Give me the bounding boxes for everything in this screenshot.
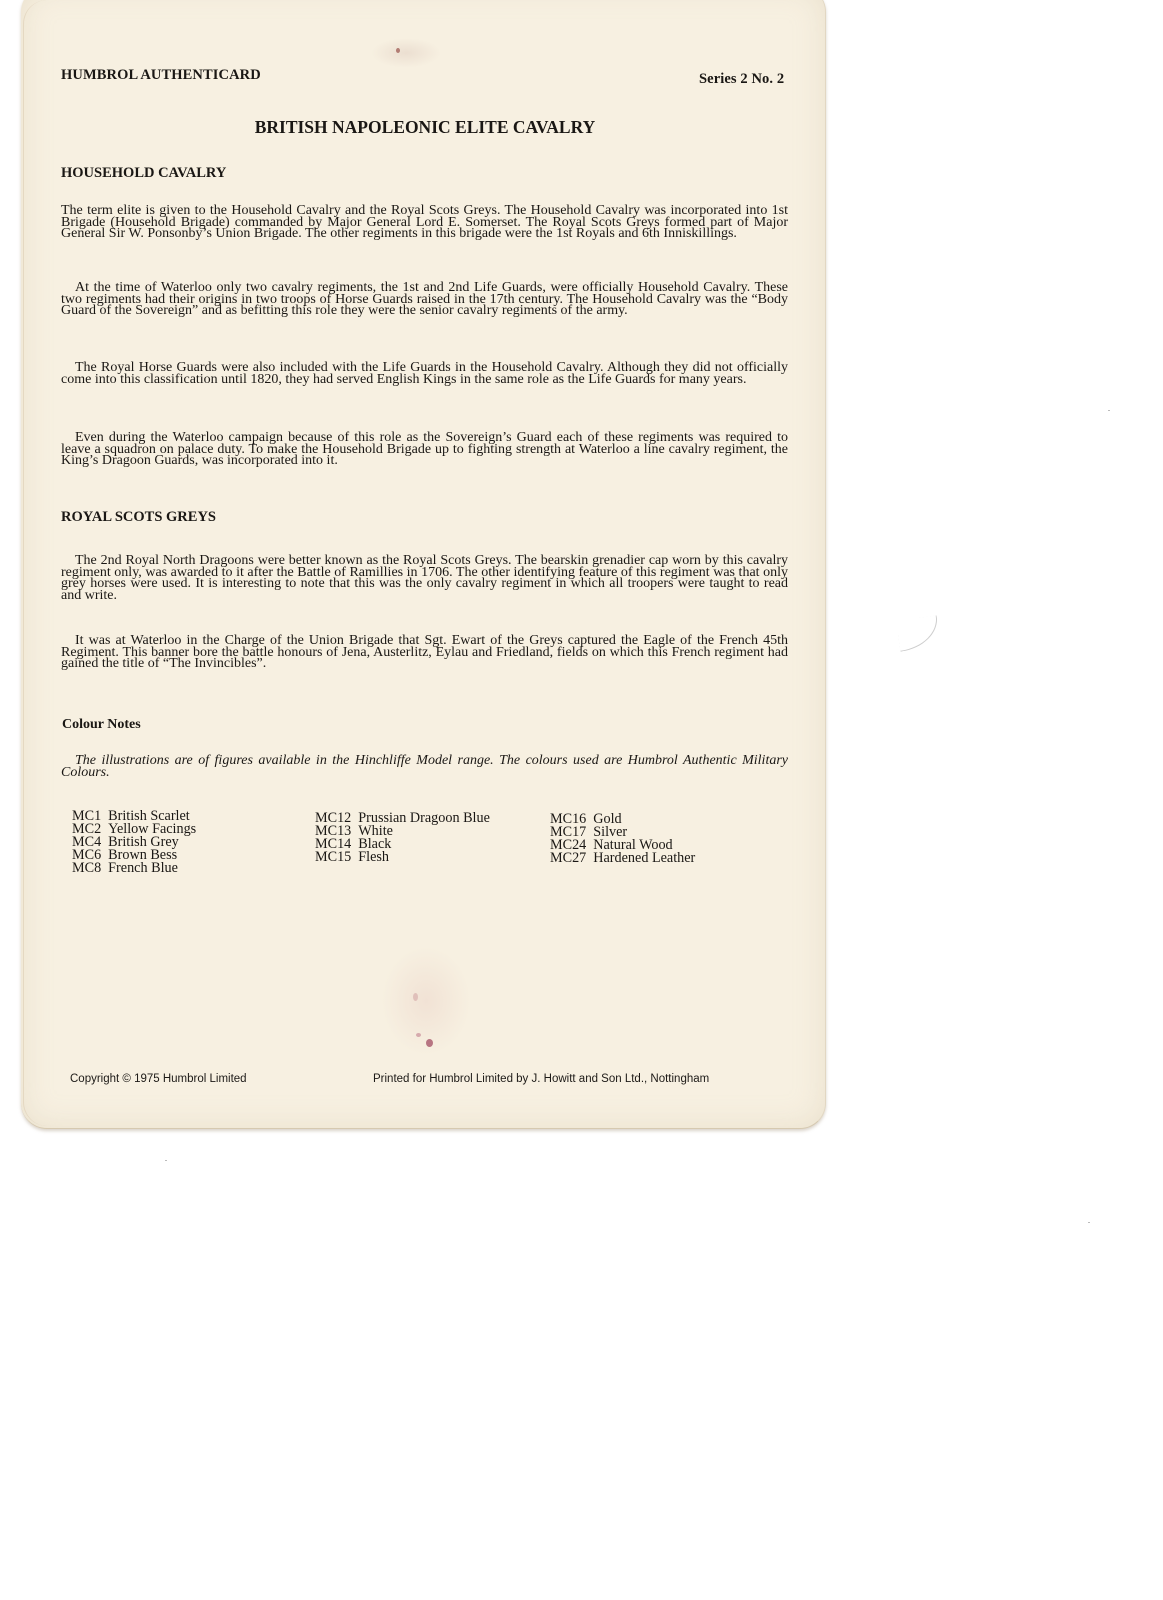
colour-list-column-3: MC16Gold MC17Silver MC24Natural Wood MC2… [550,813,695,865]
publisher-label: HUMBROL AUTHENTICARD [61,67,261,84]
colour-code: MC8 [72,862,101,875]
colour-notes-intro: The illustrations are of figures availab… [61,755,788,778]
paragraph: Even during the Waterloo campaign becaus… [61,432,788,467]
stain-mark [413,993,418,1001]
section-heading-household-cavalry: HOUSEHOLD CAVALRY [61,165,226,182]
colour-item: MC27Hardened Leather [550,852,695,865]
page-title: BRITISH NAPOLEONIC ELITE CAVALRY [0,117,850,138]
colour-list-column-2: MC12Prussian Dragoon Blue MC13White MC14… [315,812,490,864]
stain-mark [396,48,400,53]
colour-list-column-1: MC1British Scarlet MC2Yellow Facings MC4… [72,810,196,875]
colour-code: MC27 [550,852,586,865]
scan-artifact [165,1160,167,1161]
paragraph: It was at Waterloo in the Charge of the … [61,635,788,670]
colour-item: MC8French Blue [72,862,196,875]
paragraph: At the time of Waterloo only two cavalry… [61,282,788,317]
scan-artifact [896,615,941,651]
scan-artifact [1108,410,1110,411]
section-heading-royal-scots-greys: ROYAL SCOTS GREYS [61,509,216,526]
stain-mark [371,38,441,68]
printer-credit: Printed for Humbrol Limited by J. Howitt… [373,1073,709,1085]
series-number: Series 2 No. 2 [699,71,784,88]
stain-mark [381,946,471,1056]
colour-name: French Blue [108,860,178,876]
colour-code: MC15 [315,851,351,864]
colour-name: Hardened Leather [593,850,695,866]
colour-item: MC15Flesh [315,851,490,864]
stain-mark [426,1039,433,1047]
copyright-notice: Copyright © 1975 Humbrol Limited [70,1073,247,1085]
scan-artifact [1088,1222,1090,1223]
paragraph: The 2nd Royal North Dragoons were better… [61,555,788,601]
colour-name: Flesh [358,849,389,865]
colour-notes-heading: Colour Notes [62,717,141,733]
paragraph: The term elite is given to the Household… [61,205,788,240]
paragraph: The Royal Horse Guards were also include… [61,362,788,385]
stain-mark [416,1033,421,1037]
